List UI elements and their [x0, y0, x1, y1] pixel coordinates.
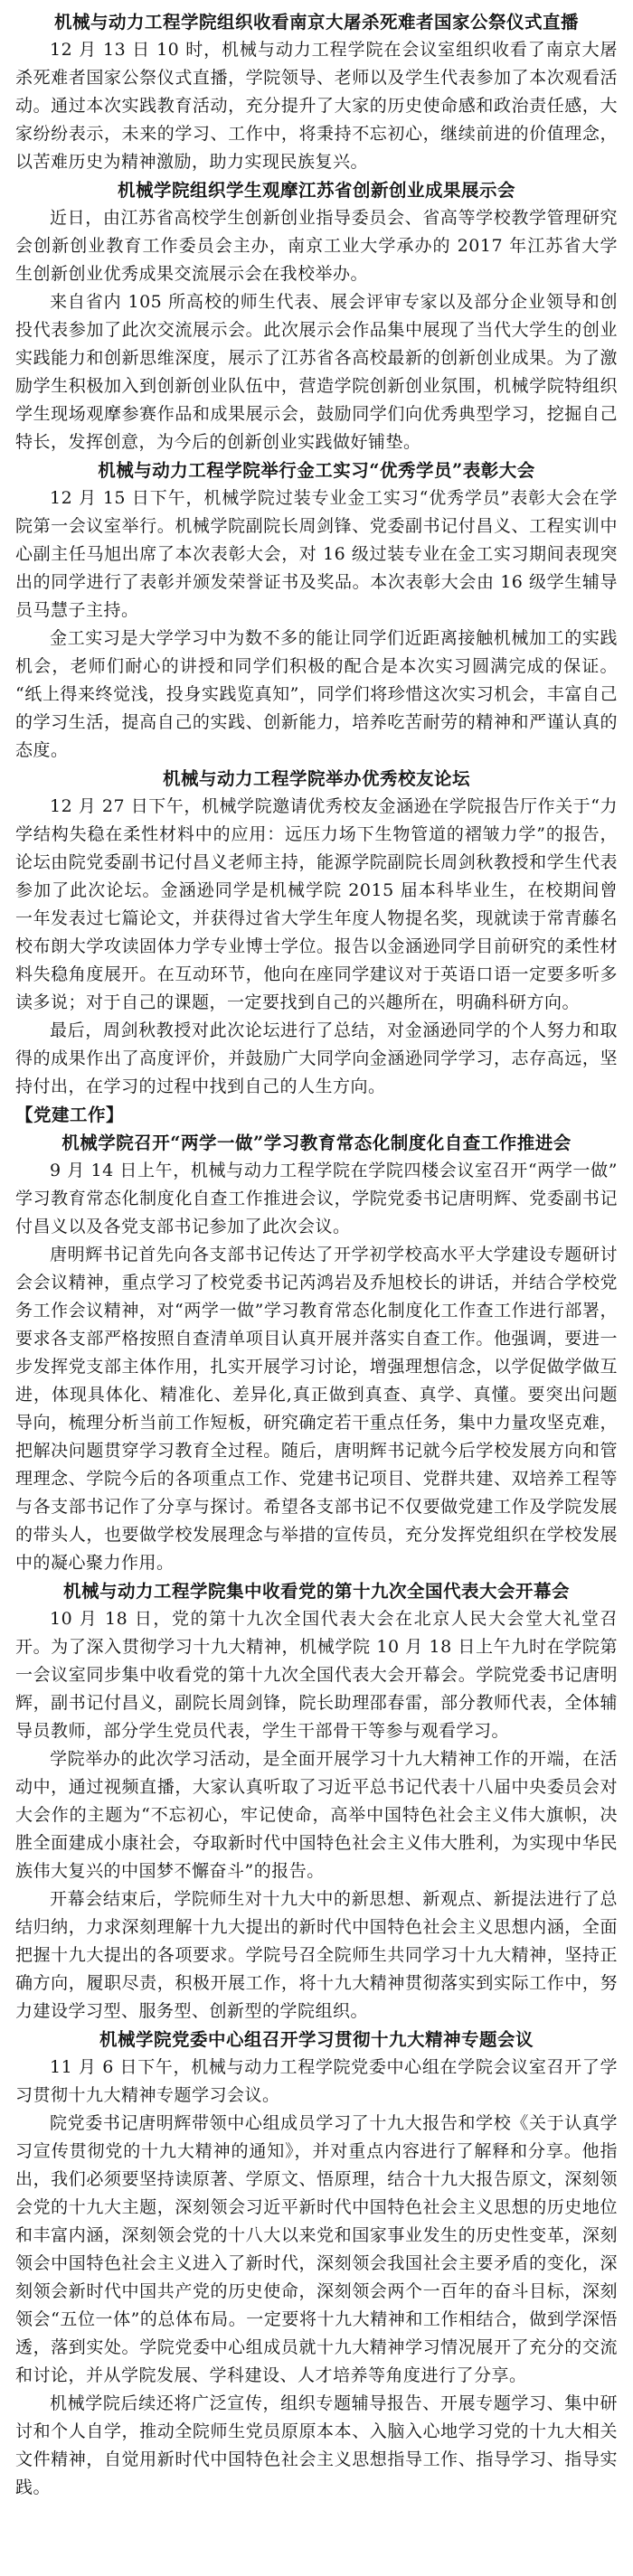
article-paragraph: 10 月 18 日，党的第十九次全国代表大会在北京人民大会堂大礼堂召开。为了深入…	[15, 1605, 618, 1745]
article-two-studies-one-action-meeting: 机械学院召开“两学一做”学习教育常态化制度化自查工作推进会 9 月 14 日上午…	[15, 1129, 618, 1577]
article-national-memorial-broadcast: 机械与动力工程学院组织收看南京大屠杀死难者国家公祭仪式直播 12 月 13 日 …	[15, 8, 618, 176]
article-innovation-exhibition: 机械学院组织学生观摩江苏省创新创业成果展示会 近日，由江苏省高校学生创新创业指导…	[15, 176, 618, 456]
article-title: 机械学院组织学生观摩江苏省创新创业成果展示会	[15, 176, 618, 204]
article-paragraph: 唐明辉书记首先向各支部书记传达了开学初学校高水平大学建设专题研讨会会议精神，重点…	[15, 1241, 618, 1577]
article-paragraph: 12 月 13 日 10 时，机械与动力工程学院在会议室组织收看了南京大屠杀死难…	[15, 36, 618, 176]
article-paragraph: 12 月 27 日下午，机械学院邀请优秀校友金涵逊在学院报告厅作关于“力学结构失…	[15, 793, 618, 1017]
article-alumni-forum: 机械与动力工程学院举办优秀校友论坛 12 月 27 日下午，机械学院邀请优秀校友…	[15, 765, 618, 1101]
article-paragraph: 开幕会结束后，学院师生对十九大中的新思想、新观点、新提法进行了总结归纳，力求深刻…	[15, 1885, 618, 2026]
section-header-party-work: 【党建工作】	[15, 1101, 618, 1129]
article-paragraph: 机械学院后续还将广泛宣传，组织专题辅导报告、开展专题学习、集中研讨和个人自学，推…	[15, 2390, 618, 2502]
article-paragraph: 学院举办的此次学习活动，是全面开展学习十九大精神工作的开端，在活动中，通过视频直…	[15, 1745, 618, 1885]
article-paragraph: 近日，由江苏省高校学生创新创业指导委员会、省高等学校教学管理研究会创新创业教育工…	[15, 204, 618, 288]
article-metalworking-award-ceremony: 机械与动力工程学院举行金工实习“优秀学员”表彰大会 12 月 15 日下午，机械…	[15, 456, 618, 765]
article-19th-congress-opening-viewing: 机械与动力工程学院集中收看党的第十九次全国代表大会开幕会 10 月 18 日，党…	[15, 1577, 618, 2026]
article-paragraph: 院党委书记唐明辉带领中心组成员学习了十九大报告和学校《关于认真学习宣传贯彻党的十…	[15, 2110, 618, 2390]
article-title: 机械与动力工程学院举办优秀校友论坛	[15, 765, 618, 793]
article-title: 机械学院党委中心组召开学习贯彻十九大精神专题会议	[15, 2026, 618, 2054]
article-paragraph: 来自省内 105 所高校的师生代表、展会评审专家以及部分企业领导和创投代表参加了…	[15, 288, 618, 456]
article-paragraph: 金工实习是大学学习中为数不多的能让同学们近距离接触机械加工的实践机会，老师们耐心…	[15, 625, 618, 765]
article-title: 机械与动力工程学院举行金工实习“优秀学员”表彰大会	[15, 456, 618, 484]
article-paragraph: 9 月 14 日上午，机械与动力工程学院在学院四楼会议室召开“两学一做”学习教育…	[15, 1157, 618, 1241]
article-paragraph: 最后，周剑秋教授对此次论坛进行了总结，对金涵逊同学的个人努力和取得的成果作出了高…	[15, 1017, 618, 1101]
article-party-committee-study-meeting: 机械学院党委中心组召开学习贯彻十九大精神专题会议 11 月 6 日下午，机械与动…	[15, 2026, 618, 2502]
article-title: 机械与动力工程学院集中收看党的第十九次全国代表大会开幕会	[15, 1577, 618, 1605]
article-paragraph: 11 月 6 日下午，机械与动力工程学院党委中心组在学院会议室召开了学习贯彻十九…	[15, 2054, 618, 2110]
article-title: 机械学院召开“两学一做”学习教育常态化制度化自查工作推进会	[15, 1129, 618, 1157]
article-paragraph: 12 月 15 日下午，机械学院过装专业金工实习“优秀学员”表彰大会在学院第一会…	[15, 484, 618, 625]
article-title: 机械与动力工程学院组织收看南京大屠杀死难者国家公祭仪式直播	[15, 8, 618, 36]
document-page: 机械与动力工程学院组织收看南京大屠杀死难者国家公祭仪式直播 12 月 13 日 …	[0, 0, 633, 2576]
